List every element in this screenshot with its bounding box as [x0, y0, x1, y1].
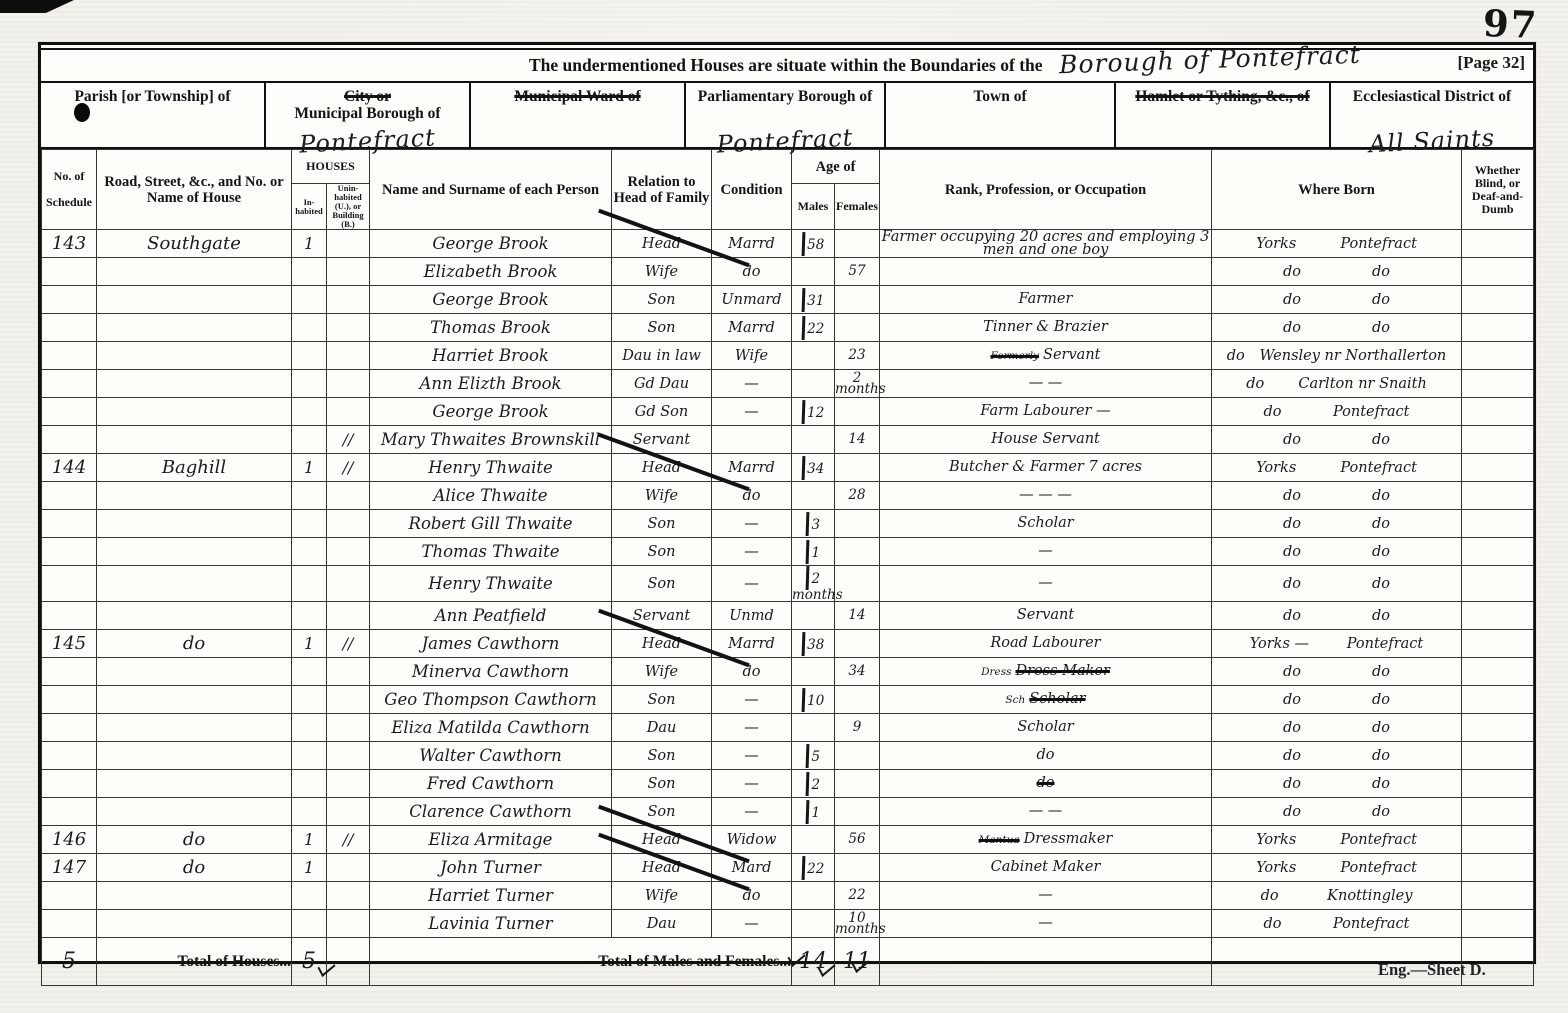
inhabited-cell: 1 [292, 630, 327, 658]
person-row: Clarence CawthornSon—1— —dodo [42, 798, 1534, 826]
sheet-title-printed: The undermentioned Houses are situate wi… [529, 55, 1043, 76]
person-row: Harriet TurnerWifedo22—doKnottingley [42, 882, 1534, 910]
age-male-cell: 22 [792, 854, 835, 882]
schedule-cell [42, 538, 97, 566]
born-place: do [1372, 664, 1390, 680]
name-cell: Elizabeth Brook [370, 258, 612, 286]
condition-cell: Wife [712, 342, 792, 370]
uninhabited-cell: // [327, 454, 370, 482]
uninhabited-cell [327, 602, 370, 630]
age-female-cell [835, 230, 880, 258]
born-county: do [1263, 404, 1281, 420]
schedule-cell: 147 [42, 854, 97, 882]
born-place: do [1372, 488, 1390, 504]
municipal-ward-label: Municipal Ward of [471, 88, 684, 105]
relation-cell: Head [612, 630, 712, 658]
age-male-cell [792, 342, 835, 370]
uninhabited-cell: // [327, 426, 370, 454]
occupation-cell: — [880, 910, 1212, 938]
born-cell: dodo [1212, 602, 1462, 630]
born-cell: doWensley nr Northallerton [1212, 342, 1462, 370]
born-values: doPontefract [1212, 916, 1461, 932]
location-col-parliamentary-borough: Parliamentary Borough of Pontefract [686, 83, 886, 147]
condition-cell: — [712, 510, 792, 538]
born-place: do [1372, 776, 1390, 792]
header-blind: Whether Blind, or Deaf-and-Dumb [1462, 150, 1534, 230]
name-cell: Eliza Matilda Cawthorn [370, 714, 612, 742]
condition-cell: — [712, 370, 792, 398]
occupation-cell: Farmer occupying 20 acres and employing … [880, 230, 1212, 258]
born-county: do [1283, 692, 1301, 708]
age-male-cell [792, 482, 835, 510]
relation-cell: Son [612, 686, 712, 714]
name-cell: Ann Elizth Brook [370, 370, 612, 398]
born-county: do [1283, 544, 1301, 560]
name-cell: Henry Thwaite [370, 454, 612, 482]
blind-cell [1462, 630, 1534, 658]
born-values: dodo [1212, 720, 1461, 736]
person-row: 143Southgate1George BrookHeadMarrd58Farm… [42, 230, 1534, 258]
born-cell: dodo [1212, 566, 1462, 602]
location-col-ecclesiastical: Ecclesiastical District of All Saints [1331, 83, 1533, 147]
uninhabited-cell [327, 770, 370, 798]
born-cell: doKnottingley [1212, 882, 1462, 910]
address-cell [97, 342, 292, 370]
condition-cell: do [712, 258, 792, 286]
occupation-value: Tinner & Brazier [983, 319, 1108, 335]
age-female-cell: 9 [835, 714, 880, 742]
hamlet-label: Hamlet or Tything, &c., of [1116, 88, 1329, 105]
name-cell: Eliza Armitage [370, 826, 612, 854]
header-schedule-line1: No. of [54, 169, 85, 183]
address-cell [97, 482, 292, 510]
pen-tally-stroke [801, 687, 804, 711]
total-males-females-label: Total of Males and Females... [370, 938, 792, 986]
schedule-cell [42, 602, 97, 630]
condition-cell: — [712, 566, 792, 602]
inhabited-cell [292, 658, 327, 686]
schedule-cell [42, 686, 97, 714]
uninhabited-cell [327, 854, 370, 882]
born-county: do [1283, 432, 1301, 448]
relation-cell: Head [612, 826, 712, 854]
occupation-struck-prefix: Dress [981, 666, 1011, 678]
born-cell: dodo [1212, 426, 1462, 454]
age-female-cell [835, 566, 880, 602]
location-col-municipal-borough: City or Municipal Borough of Pontefract [266, 83, 471, 147]
parish-label: Parish [or Township] of [41, 88, 264, 105]
condition-cell: — [712, 770, 792, 798]
age-female-cell: 56 [835, 826, 880, 854]
condition-cell: do [712, 658, 792, 686]
person-row: Henry ThwaiteSon—2 months—dodo [42, 566, 1534, 602]
born-values: YorksPontefract [1212, 832, 1461, 848]
person-row: Harriet BrookDau in lawWife23FormerlySer… [42, 342, 1534, 370]
age-female-cell [835, 398, 880, 426]
uninhabited-cell [327, 882, 370, 910]
person-row: Alice ThwaiteWifedo28— — —dodo [42, 482, 1534, 510]
born-county: do [1283, 320, 1301, 336]
occupation-value: — [1038, 543, 1053, 559]
uninhabited-cell [327, 538, 370, 566]
occupation-value: — [1038, 887, 1053, 903]
born-place: Carlton nr Snaith [1298, 376, 1426, 392]
born-cell: dodo [1212, 798, 1462, 826]
municipal-borough-label: Municipal Borough of [294, 105, 440, 122]
header-uninhabited: Unin-habited (U.), or Building (B.) [327, 184, 370, 230]
sheet-title-band: The undermentioned Houses are situate wi… [41, 45, 1533, 83]
occupation-value: — [1038, 575, 1053, 591]
relation-cell: Servant [612, 602, 712, 630]
schedule-cell [42, 798, 97, 826]
age-female-cell: 28 [835, 482, 880, 510]
born-place: do [1372, 432, 1390, 448]
born-county: do [1283, 720, 1301, 736]
born-values: dodo [1212, 544, 1461, 560]
blind-cell [1462, 742, 1534, 770]
blind-cell [1462, 910, 1534, 938]
born-place: do [1372, 692, 1390, 708]
blind-cell [1462, 714, 1534, 742]
schedule-cell [42, 258, 97, 286]
born-place: do [1372, 544, 1390, 560]
age-male-cell: 1 [792, 798, 835, 826]
occupation-value: Servant [1043, 347, 1100, 363]
age-female-cell [835, 286, 880, 314]
town-label: Town of [886, 88, 1114, 105]
born-values: dodo [1212, 264, 1461, 280]
occupation-cell: Road Labourer [880, 630, 1212, 658]
person-row: Lavinia TurnerDau—10 months—doPontefract [42, 910, 1534, 938]
uninhabited-cell [327, 258, 370, 286]
total-houses-value: 5 [292, 938, 327, 986]
born-values: dodo [1212, 320, 1461, 336]
uninhabited-cell: // [327, 630, 370, 658]
census-rows: 143Southgate1George BrookHeadMarrd58Farm… [42, 230, 1534, 938]
born-county: Yorks [1256, 460, 1296, 476]
condition-cell: — [712, 686, 792, 714]
sheet-title-handwritten: Borough of Pontefract [1059, 40, 1362, 80]
condition-cell: Unmd [712, 602, 792, 630]
occupation-value: — — [1029, 375, 1063, 391]
schedule-cell [42, 426, 97, 454]
folio-number: 97 [1482, 1, 1539, 47]
inhabited-cell: 1 [292, 230, 327, 258]
occupation-cell: Scholar [880, 510, 1212, 538]
blind-cell [1462, 482, 1534, 510]
name-cell: John Turner [370, 854, 612, 882]
relation-cell: Son [612, 566, 712, 602]
header-females: Females [835, 184, 880, 230]
condition-cell: do [712, 482, 792, 510]
age-female-cell [835, 510, 880, 538]
header-age: Age of [792, 150, 880, 184]
uninhabited-cell: // [327, 826, 370, 854]
age-male-cell [792, 258, 835, 286]
blind-cell [1462, 426, 1534, 454]
born-values: dodo [1212, 516, 1461, 532]
born-cell: doPontefract [1212, 398, 1462, 426]
born-cell: dodo [1212, 314, 1462, 342]
census-sheet: The undermentioned Houses are situate wi… [38, 42, 1536, 964]
occupation-value: Cabinet Maker [991, 859, 1101, 875]
born-cell: doCarlton nr Snaith [1212, 370, 1462, 398]
name-cell: Harriet Brook [370, 342, 612, 370]
born-values: dodo [1212, 776, 1461, 792]
blind-cell [1462, 454, 1534, 482]
person-row: Walter CawthornSon—5dododo [42, 742, 1534, 770]
blind-cell [1462, 882, 1534, 910]
uninhabited-cell [327, 482, 370, 510]
header-name: Name and Surname of each Person [370, 150, 612, 230]
age-male-value: 58 [807, 237, 824, 253]
occupation-cell [880, 258, 1212, 286]
inhabited-cell [292, 258, 327, 286]
born-county: do [1261, 888, 1279, 904]
address-cell [97, 686, 292, 714]
inhabited-cell [292, 286, 327, 314]
relation-cell: Son [612, 286, 712, 314]
occupation-cell: — — — [880, 482, 1212, 510]
header-road: Road, Street, &c., and No. or Name of Ho… [97, 150, 292, 230]
schedule-cell [42, 566, 97, 602]
occupation-value: do [1036, 775, 1054, 791]
born-values: dodo [1212, 748, 1461, 764]
schedule-cell: 145 [42, 630, 97, 658]
header-males: Males [792, 184, 835, 230]
occupation-cell: do [880, 770, 1212, 798]
born-cell: dodo [1212, 686, 1462, 714]
schedule-cell [42, 398, 97, 426]
occupation-value: Scholar [1029, 691, 1085, 707]
total-houses-label: Total of Houses... [97, 938, 292, 986]
age-male-cell: 22 [792, 314, 835, 342]
header-schedule: No. of Schedule [42, 150, 97, 230]
born-county: do [1283, 488, 1301, 504]
condition-cell [712, 426, 792, 454]
age-male-cell: 34 [792, 454, 835, 482]
header-condition: Condition [712, 150, 792, 230]
condition-cell: do [712, 882, 792, 910]
schedule-cell [42, 910, 97, 938]
occupation-cell: Servant [880, 602, 1212, 630]
age-female-cell [835, 742, 880, 770]
header-born: Where Born [1212, 150, 1462, 230]
born-values: Yorks —Pontefract [1212, 636, 1461, 652]
condition-cell: Unmard [712, 286, 792, 314]
age-male-value: 2 [811, 777, 820, 793]
address-cell [97, 714, 292, 742]
pen-tally-stroke [801, 399, 804, 423]
inhabited-cell [292, 510, 327, 538]
pen-tally-stroke [806, 539, 809, 563]
born-county: do [1283, 264, 1301, 280]
uninhabited-cell [327, 510, 370, 538]
occupation-value: Farmer [1019, 291, 1073, 307]
city-or-label: City or [344, 88, 391, 105]
address-cell [97, 286, 292, 314]
occupation-struck-prefix: Sch [1005, 694, 1025, 706]
address-cell [97, 658, 292, 686]
address-cell [97, 882, 292, 910]
uninhabited-cell [327, 398, 370, 426]
schedule-cell [42, 342, 97, 370]
age-male-cell [792, 826, 835, 854]
pen-tally-stroke [801, 855, 804, 879]
age-female-cell [835, 630, 880, 658]
age-male-value: 3 [811, 517, 820, 533]
name-cell: Robert Gill Thwaite [370, 510, 612, 538]
born-cell: YorksPontefract [1212, 230, 1462, 258]
occupation-cell: — [880, 566, 1212, 602]
born-values: dodo [1212, 432, 1461, 448]
age-female-cell [835, 854, 880, 882]
condition-cell: — [712, 742, 792, 770]
born-county: Yorks [1256, 236, 1296, 252]
age-male-cell: 2 months [792, 566, 835, 602]
condition-cell: — [712, 398, 792, 426]
address-cell: do [97, 826, 292, 854]
name-cell: George Brook [370, 398, 612, 426]
born-values: dodo [1212, 292, 1461, 308]
born-place: do [1372, 720, 1390, 736]
born-place: do [1372, 608, 1390, 624]
uninhabited-cell [327, 714, 370, 742]
relation-cell: Dau [612, 910, 712, 938]
pen-tally-stroke [801, 315, 804, 339]
uninhabited-cell [327, 286, 370, 314]
born-place: do [1372, 320, 1390, 336]
location-header: Parish [or Township] of City or Municipa… [41, 83, 1533, 149]
relation-cell: Servant [612, 426, 712, 454]
age-male-cell [792, 370, 835, 398]
uninhabited-cell [327, 314, 370, 342]
occupation-cell: do [880, 742, 1212, 770]
totals-empty-cell [880, 938, 1212, 986]
person-row: 147do1John TurnerHeadMard22Cabinet Maker… [42, 854, 1534, 882]
relation-cell: Head [612, 854, 712, 882]
blind-cell [1462, 602, 1534, 630]
relation-cell: Gd Son [612, 398, 712, 426]
born-cell: dodo [1212, 510, 1462, 538]
born-cell: Yorks —Pontefract [1212, 630, 1462, 658]
schedule-cell [42, 770, 97, 798]
occupation-value: Scholar [1017, 719, 1073, 735]
person-row: 145do1//James CawthornHeadMarrd38Road La… [42, 630, 1534, 658]
born-county: do [1263, 916, 1281, 932]
condition-cell: — [712, 798, 792, 826]
schedule-cell: 146 [42, 826, 97, 854]
born-county: do [1283, 608, 1301, 624]
uninhabited-cell [327, 798, 370, 826]
age-male-cell: 1 [792, 538, 835, 566]
born-cell: dodo [1212, 482, 1462, 510]
occupation-value: House Servant [991, 431, 1100, 447]
pen-tally-stroke [801, 287, 804, 311]
pen-tally-stroke [806, 743, 809, 767]
born-values: doCarlton nr Snaith [1212, 376, 1461, 392]
born-county: do [1283, 748, 1301, 764]
occupation-cell: DressDress Maker [880, 658, 1212, 686]
age-male-cell: 38 [792, 630, 835, 658]
age-female-cell: 10 months [835, 910, 880, 938]
born-cell: dodo [1212, 658, 1462, 686]
born-values: YorksPontefract [1212, 236, 1461, 252]
age-female-cell [835, 798, 880, 826]
age-male-cell [792, 714, 835, 742]
inhabited-cell [292, 482, 327, 510]
address-cell [97, 770, 292, 798]
age-female-cell [835, 686, 880, 714]
born-place: Pontefract [1333, 916, 1410, 932]
occupation-struck-prefix: Formerly [991, 350, 1040, 362]
age-female-cell: 14 [835, 602, 880, 630]
age-male-value: 31 [807, 293, 824, 309]
inhabited-cell [292, 398, 327, 426]
person-row: George BrookGd Son—12Farm Labourer —doPo… [42, 398, 1534, 426]
born-place: do [1372, 292, 1390, 308]
page-label: [Page 32] [1457, 53, 1525, 73]
pen-tally-stroke [801, 231, 804, 255]
born-cell: YorksPontefract [1212, 854, 1462, 882]
blind-cell [1462, 230, 1534, 258]
occupation-value: Butcher & Farmer 7 acres [949, 459, 1142, 475]
born-place: Pontefract [1340, 236, 1417, 252]
age-male-cell: 5 [792, 742, 835, 770]
relation-cell: Son [612, 538, 712, 566]
age-male-value: 22 [807, 321, 824, 337]
blind-cell [1462, 510, 1534, 538]
blind-cell [1462, 258, 1534, 286]
name-cell: Walter Cawthorn [370, 742, 612, 770]
inhabited-cell: 1 [292, 854, 327, 882]
condition-cell: Marrd [712, 314, 792, 342]
parliamentary-borough-label: Parliamentary Borough of [686, 88, 884, 105]
born-cell: dodo [1212, 258, 1462, 286]
occupation-cell: Farm Labourer — [880, 398, 1212, 426]
relation-cell: Wife [612, 482, 712, 510]
pen-tally-stroke [806, 771, 809, 795]
born-county: do [1283, 516, 1301, 532]
relation-cell: Son [612, 510, 712, 538]
age-male-cell: 2 [792, 770, 835, 798]
occupation-value: — [1038, 915, 1053, 931]
name-cell: Alice Thwaite [370, 482, 612, 510]
relation-cell: Wife [612, 658, 712, 686]
inhabited-cell: 1 [292, 454, 327, 482]
age-male-cell [792, 426, 835, 454]
born-place: do [1372, 748, 1390, 764]
age-male-cell [792, 882, 835, 910]
blind-cell [1462, 286, 1534, 314]
uninhabited-cell [327, 910, 370, 938]
inhabited-cell [292, 370, 327, 398]
name-cell: Ann Peatfield [370, 602, 612, 630]
blind-cell [1462, 314, 1534, 342]
born-place: Pontefract [1340, 860, 1417, 876]
age-female-cell: 14 [835, 426, 880, 454]
relation-cell: Dau in law [612, 342, 712, 370]
schedule-cell [42, 742, 97, 770]
occupation-cell: Scholar [880, 714, 1212, 742]
census-table: No. of Schedule Road, Street, &c., and N… [41, 149, 1534, 986]
born-county: do [1246, 376, 1264, 392]
address-cell [97, 602, 292, 630]
occupation-cell: Cabinet Maker [880, 854, 1212, 882]
condition-cell: Marrd [712, 230, 792, 258]
age-female-cell [835, 770, 880, 798]
inhabited-cell [292, 566, 327, 602]
